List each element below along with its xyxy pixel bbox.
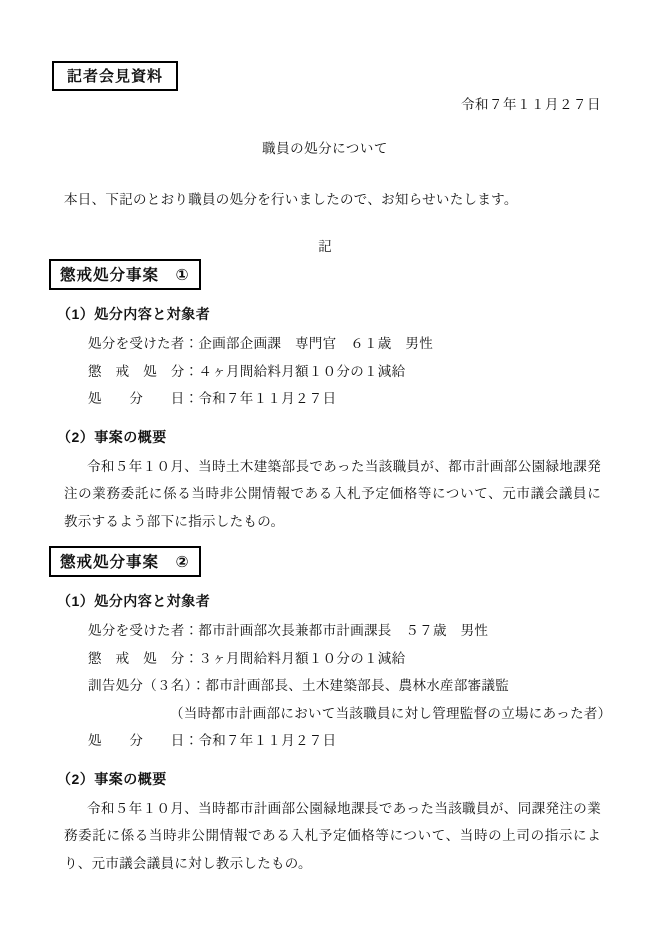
press-material-label: 記者会見資料 (67, 68, 163, 85)
case-1-section2-heading: （2）事案の概要 (57, 427, 650, 447)
case-1-summary: 令和５年１０月、当時土木建築部長であった当該職員が、都市計画部公園緑地課発注の業… (64, 453, 601, 536)
case-2-summary: 令和５年１０月、当時都市計画部公園緑地課長であった当該職員が、同課発注の業務委託… (64, 795, 601, 878)
case-2-detail-admonition-note: （当時都市計画部において当該職員に対し管理監督の立場にあった者） (88, 700, 650, 728)
case-2-header-box: 懲戒処分事案 ② (49, 546, 201, 577)
case-2-header-label: 懲戒処分事案 ② (60, 554, 190, 571)
case-2-detail-punishment: 懲 戒 処 分：３ヶ月間給料月額１０分の１減給 (88, 645, 650, 673)
case-1-header-label: 懲戒処分事案 ① (60, 267, 190, 284)
document-date: 令和７年１１月２７日 (461, 93, 601, 113)
press-material-label-box: 記者会見資料 (52, 61, 178, 91)
case-1-section1-heading: （1）処分内容と対象者 (57, 304, 650, 324)
case-2-detail-recipient: 処分を受けた者：都市計画部次長兼都市計画課長 ５７歳 男性 (88, 617, 650, 645)
case-2-section: 懲戒処分事案 ② （1）処分内容と対象者 処分を受けた者：都市計画部次長兼都市計… (0, 546, 650, 877)
case-1-detail-list: 処分を受けた者：企画部企画課 専門官 ６１歳 男性 懲 戒 処 分：４ヶ月間給料… (0, 330, 650, 413)
document-page: 記者会見資料 令和７年１１月２７日 職員の処分について 本日、下記のとおり職員の… (0, 0, 650, 930)
intro-text: 本日、下記のとおり職員の処分を行いましたので、お知らせいたします。 (64, 188, 518, 208)
case-1-detail-date: 処 分 日：令和７年１１月２７日 (88, 385, 650, 413)
document-title: 職員の処分について (0, 137, 650, 157)
case-2-detail-date: 処 分 日：令和７年１１月２７日 (88, 727, 650, 755)
case-1-section: 懲戒処分事案 ① （1）処分内容と対象者 処分を受けた者：企画部企画課 専門官 … (0, 259, 650, 535)
record-mark: 記 (0, 235, 650, 255)
case-2-detail-admonition: 訓告処分（３名）：都市計画部長、土木建築部長、農林水産部審議監 (88, 672, 650, 700)
case-1-detail-recipient: 処分を受けた者：企画部企画課 専門官 ６１歳 男性 (88, 330, 650, 358)
case-2-section2-heading: （2）事案の概要 (57, 769, 650, 789)
case-1-header-box: 懲戒処分事案 ① (49, 259, 201, 290)
case-2-detail-list: 処分を受けた者：都市計画部次長兼都市計画課長 ５７歳 男性 懲 戒 処 分：３ヶ… (0, 617, 650, 755)
case-1-detail-punishment: 懲 戒 処 分：４ヶ月間給料月額１０分の１減給 (88, 358, 650, 386)
case-2-section1-heading: （1）処分内容と対象者 (57, 591, 650, 611)
